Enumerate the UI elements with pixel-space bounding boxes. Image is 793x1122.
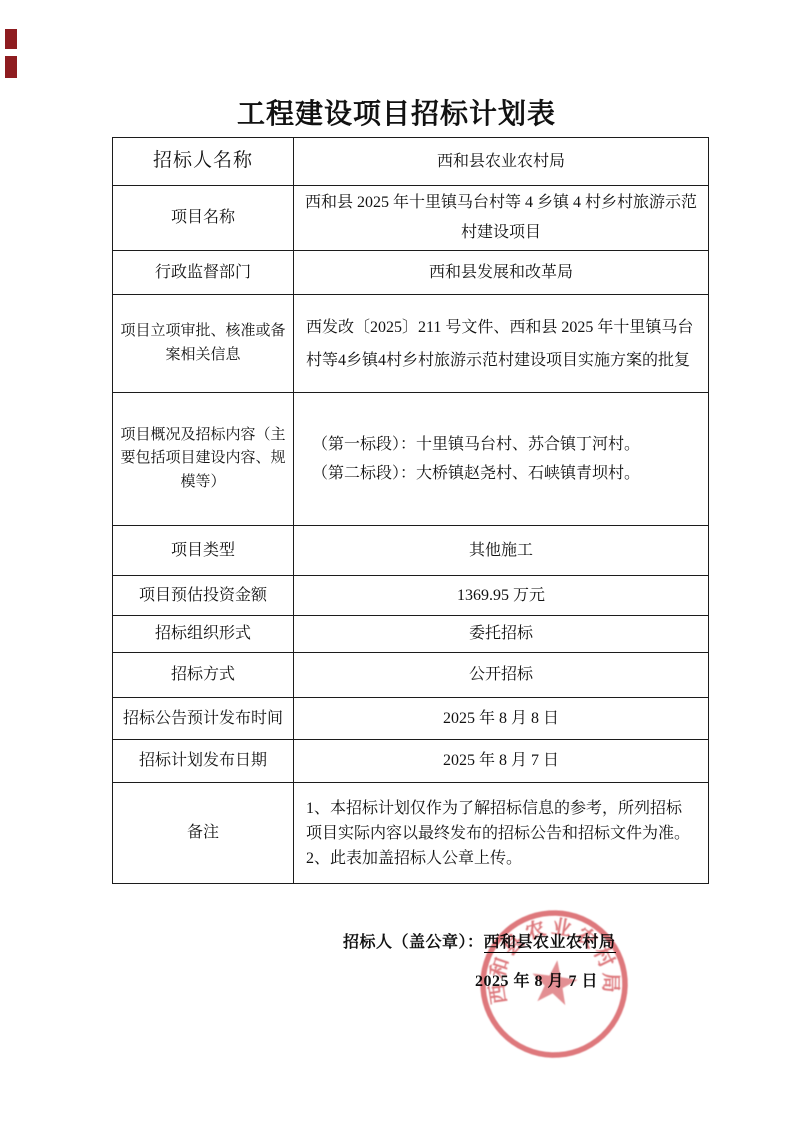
bid-section-line: （第二标段）：大桥镇赵尧村、石峡镇青坝村。 xyxy=(312,459,700,488)
table-row: 招标方式 公开招标 xyxy=(113,653,709,698)
row-value: 公开招标 xyxy=(294,653,709,698)
row-label: 招标计划发布日期 xyxy=(113,740,294,783)
table-row: 招标公告预计发布时间 2025 年 8 月 8 日 xyxy=(113,698,709,740)
row-value: 西和县 2025 年十里镇马台村等 4 乡镇 4 村乡村旅游示范村建设项目 xyxy=(294,186,709,251)
table-row: 备注 1、本招标计划仅作为了解招标信息的参考，所列招标项目实际内容以最终发布的招… xyxy=(113,783,709,884)
table-row: 项目名称 西和县 2025 年十里镇马台村等 4 乡镇 4 村乡村旅游示范村建设… xyxy=(113,186,709,251)
row-label: 行政监督部门 xyxy=(113,251,294,295)
page-title: 工程建设项目招标计划表 xyxy=(0,92,793,132)
remark-line: 1、本招标计划仅作为了解招标信息的参考，所列招标项目实际内容以最终发布的招标公告… xyxy=(306,796,696,846)
corner-mark xyxy=(5,56,17,78)
row-value: 委托招标 xyxy=(294,616,709,653)
page: { "page_title": "工程建设项目招标计划表", "table": … xyxy=(0,0,793,1122)
table-row: 项目立项审批、核准或备案相关信息 西发改〔2025〕211 号文件、西和县 20… xyxy=(113,295,709,393)
row-value: （第一标段）：十里镇马台村、苏合镇丁河村。 （第二标段）：大桥镇赵尧村、石峡镇青… xyxy=(294,393,709,526)
row-value: 西和县农业农村局 xyxy=(294,138,709,186)
table-row: 招标组织形式 委托招标 xyxy=(113,616,709,653)
row-value: 西和县发展和改革局 xyxy=(294,251,709,295)
row-label: 项目名称 xyxy=(113,186,294,251)
row-label: 招标方式 xyxy=(113,653,294,698)
row-label: 项目类型 xyxy=(113,526,294,576)
row-label: 项目概况及招标内容（主要包括项目建设内容、规模等） xyxy=(113,393,294,526)
table-row: 行政监督部门 西和县发展和改革局 xyxy=(113,251,709,295)
row-value: 2025 年 8 月 7 日 xyxy=(294,740,709,783)
bid-section-line: （第一标段）：十里镇马台村、苏合镇丁河村。 xyxy=(312,430,700,459)
row-label: 项目立项审批、核准或备案相关信息 xyxy=(113,295,294,393)
bidding-plan-table: 招标人名称 西和县农业农村局 项目名称 西和县 2025 年十里镇马台村等 4 … xyxy=(112,137,709,884)
table-row: 招标人名称 西和县农业农村局 xyxy=(113,138,709,186)
row-label: 招标组织形式 xyxy=(113,616,294,653)
row-label: 招标人名称 xyxy=(113,138,294,186)
corner-mark xyxy=(5,29,17,49)
seal-star-icon xyxy=(529,957,580,1006)
row-value: 2025 年 8 月 8 日 xyxy=(294,698,709,740)
official-seal: 西和县农业农村局 xyxy=(469,899,640,1070)
row-value: 1、本招标计划仅作为了解招标信息的参考，所列招标项目实际内容以最终发布的招标公告… xyxy=(294,783,709,884)
signature-label: 招标人（盖公章）： xyxy=(343,934,484,951)
table-row: 项目类型 其他施工 xyxy=(113,526,709,576)
row-label: 备注 xyxy=(113,783,294,884)
row-value: 其他施工 xyxy=(294,526,709,576)
table-row: 项目预估投资金额 1369.95 万元 xyxy=(113,576,709,616)
row-label: 招标公告预计发布时间 xyxy=(113,698,294,740)
table-row: 招标计划发布日期 2025 年 8 月 7 日 xyxy=(113,740,709,783)
row-label: 项目预估投资金额 xyxy=(113,576,294,616)
row-value: 西发改〔2025〕211 号文件、西和县 2025 年十里镇马台村等4乡镇4村乡… xyxy=(294,295,709,393)
row-value: 1369.95 万元 xyxy=(294,576,709,616)
table-row: 项目概况及招标内容（主要包括项目建设内容、规模等） （第一标段）：十里镇马台村、… xyxy=(113,393,709,526)
remark-line: 2、此表加盖招标人公章上传。 xyxy=(306,846,696,871)
